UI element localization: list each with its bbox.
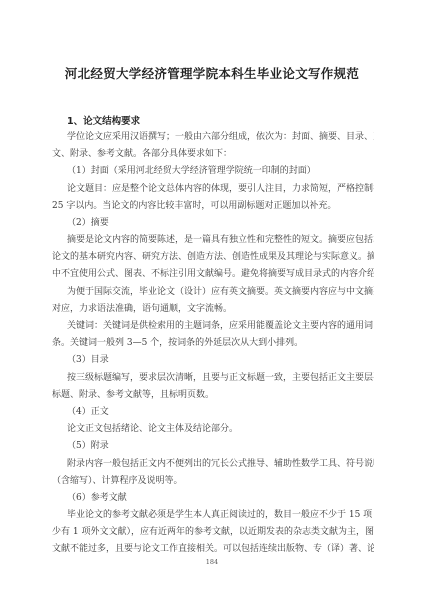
paragraph-line: 文献不能过多，且要与论文工作直接相关。可以包括连续出版物、专（译）著、论文 — [52, 543, 374, 555]
subsection-heading: （1）封面（采用河北经贸大学经济管理学院统一印制的封面） — [67, 165, 389, 177]
paragraph-line: 对应，力求语法准确，语句通顺，文字流畅。 — [52, 303, 374, 315]
paragraph-line: （含缩写）、计算程序及说明等。 — [52, 475, 374, 487]
paragraph-line: 条。关键词一般列 3—5 个，按词条的外延层次从大到小排列。 — [52, 337, 374, 349]
paragraph-line: 附录内容一般包括正文内不便列出的冗长公式推导、辅助性数学工具、符号说明 — [67, 458, 374, 470]
subsection-heading: （4）正文 — [67, 406, 389, 418]
paragraph-line: 关键词：关键词是供检索用的主题词条，应采用能覆盖论文主要内容的通用词 — [67, 320, 374, 332]
paragraph-line: 文、附录、参考文献。各部分具体要求如下： — [52, 148, 374, 160]
paragraph-line: 论文题目：应是整个论文总体内容的体现，要引人注目，力求简短，严格控制在 — [67, 183, 374, 195]
subsection-heading: （3）目录 — [67, 354, 389, 366]
subsection-heading: （5）附录 — [67, 440, 389, 452]
document-title: 河北经贸大学经济管理学院本科生毕业论文写作规范 — [0, 64, 424, 82]
paragraph-line: 少有 1 项外文文献），应有近两年的参考文献，以近期发表的杂志类文献为主，图书类 — [52, 526, 374, 538]
paragraph-line: 毕业论文的参考文献必须是学生本人真正阅读过的，数目一般应不少于 15 项（至 — [67, 509, 374, 521]
document-page: 河北经贸大学经济管理学院本科生毕业论文写作规范 1、论文结构要求 学位论文应采用… — [0, 0, 424, 600]
paragraph-line: 标题、附录、参考文献等，且标明页数。 — [52, 389, 374, 401]
paragraph-line: 为便于国际交流，毕业论文（设计）应有英文摘要。英文摘要内容应与中文摘要 — [67, 286, 374, 298]
paragraph-line: 论文正文包括绪论、论文主体及结论部分。 — [67, 423, 374, 435]
paragraph-line: 按三级标题编写，要求层次清晰，且要与正文标题一致，主要包括正文主要层次 — [67, 372, 374, 384]
paragraph-line: 25 字以内。当论文的内容比较丰富时，可以用副标题对正题加以补充。 — [52, 200, 374, 212]
subsection-heading: （6）参考文献 — [67, 492, 389, 504]
paragraph-line: 摘要是论文内容的简要陈述，是一篇具有独立性和完整性的短文。摘要应包括本 — [67, 234, 374, 246]
paragraph-line: 中不宜使用公式、图表、不标注引用文献编号。避免将摘要写成目录式的内容介绍。 — [52, 268, 374, 280]
section-heading: 1、论文结构要求 — [67, 113, 140, 127]
paragraph-line: 学位论文应采用汉语撰写；一般由六部分组成，依次为：封面、摘要、目录、正 — [67, 131, 374, 143]
paragraph-line: 论文的基本研究内容、研究方法、创造方法、创造性成果及其理论与实际意义。摘要 — [52, 251, 374, 263]
subsection-heading: （2）摘要 — [67, 217, 389, 229]
page-number: 184 — [0, 558, 424, 566]
